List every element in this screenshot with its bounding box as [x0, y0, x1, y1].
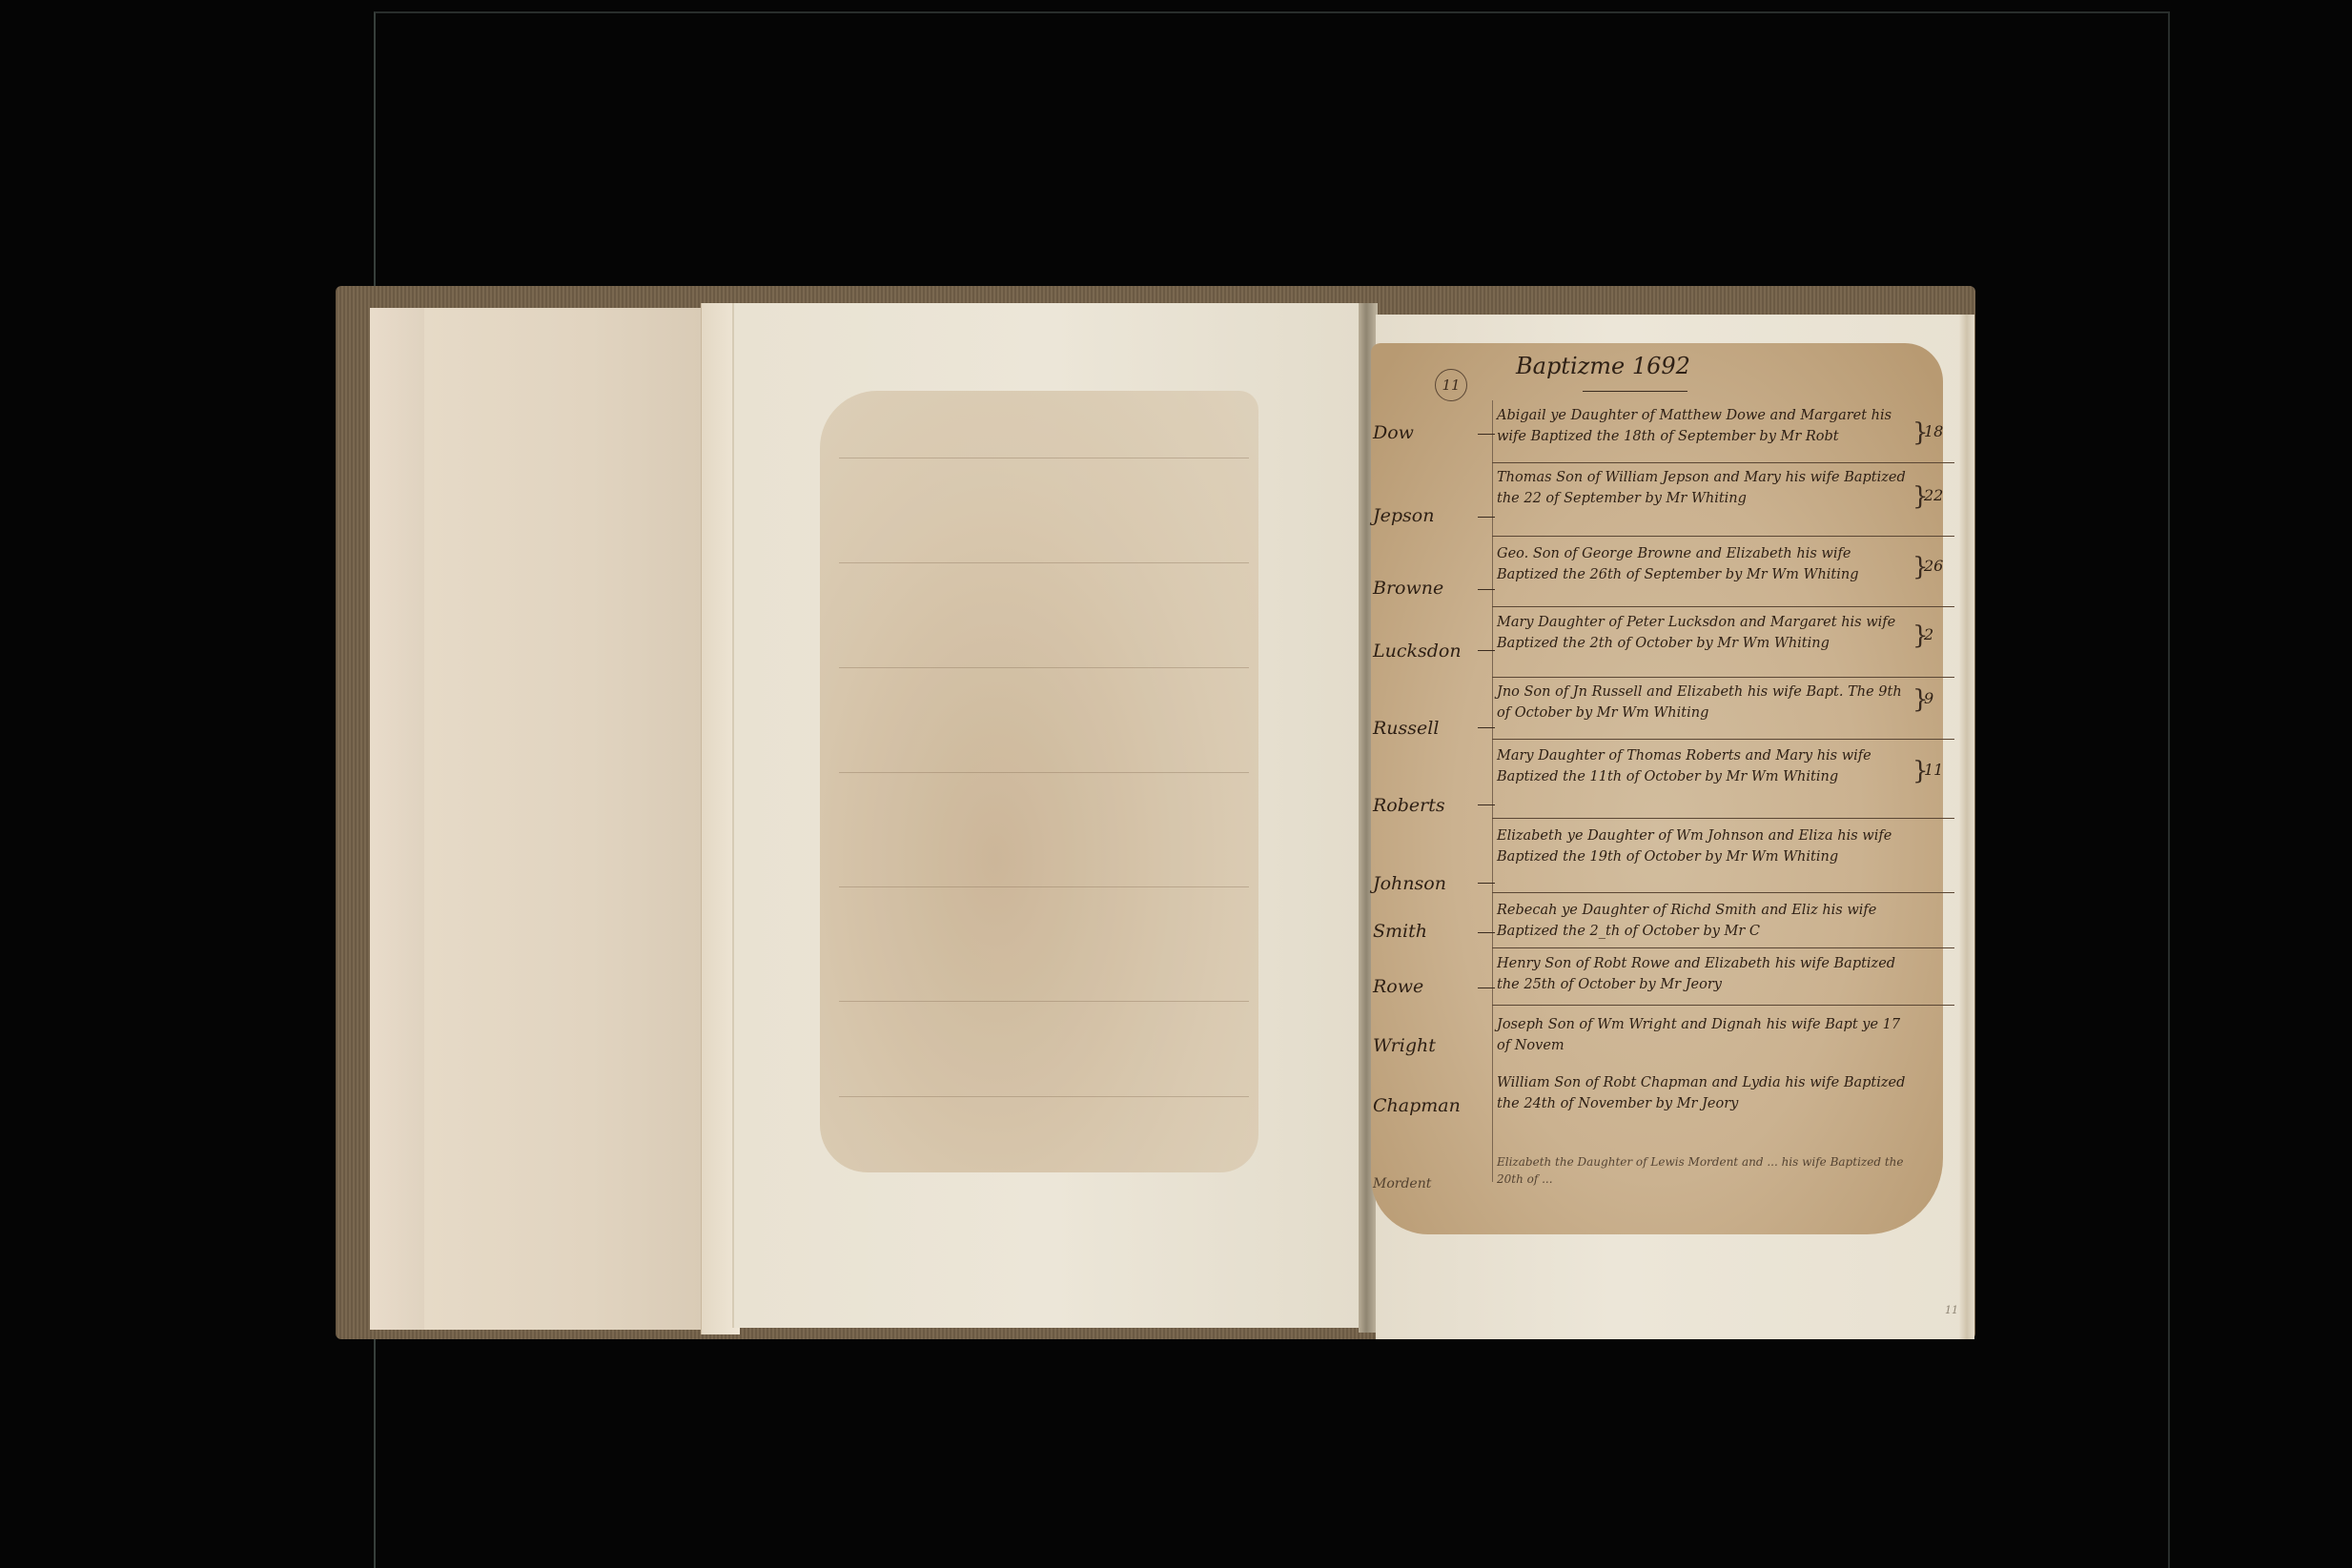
entry-surname: Chapman — [1373, 1095, 1487, 1116]
entry-day: 18 — [1924, 422, 1943, 440]
entry-text: Elizabeth ye Daughter of Wm Johnson and … — [1497, 825, 1916, 867]
entry-text: Rebecah ye Daughter of Richd Smith and E… — [1497, 900, 1916, 942]
entry-dash — [1478, 434, 1495, 435]
entry-text: William Son of Robt Chapman and Lydia hi… — [1497, 1072, 1916, 1114]
pencil-page-mark: 11 — [1945, 1304, 1958, 1316]
entry-text: Elizabeth the Daughter of Lewis Mordent … — [1497, 1153, 1916, 1188]
entry-surname: Browne — [1373, 578, 1487, 599]
register-title: Baptizme 1692 — [1516, 353, 1690, 379]
entry-surname: Russell — [1373, 718, 1487, 739]
entry-surname: Rowe — [1373, 976, 1487, 997]
entry-surname: Jepson — [1373, 505, 1487, 526]
entry-dash — [1478, 650, 1495, 651]
entry-dash — [1478, 517, 1495, 518]
entry-text: Mary Daughter of Thomas Roberts and Mary… — [1497, 745, 1916, 787]
title-underline — [1583, 391, 1687, 392]
entry-rule — [1492, 462, 1954, 463]
entry-day: 22 — [1924, 486, 1943, 504]
entry-surname: Mordent — [1373, 1176, 1487, 1191]
entry-text: Joseph Son of Wm Wright and Dignah his w… — [1497, 1014, 1916, 1056]
entry-dash — [1478, 589, 1495, 590]
entry-dash — [1478, 932, 1495, 933]
entry-surname: Roberts — [1373, 795, 1487, 816]
entry-rule — [1492, 606, 1954, 607]
entry-dash — [1478, 727, 1495, 728]
entry-surname: Johnson — [1373, 873, 1487, 894]
folio-number: 11 — [1435, 369, 1467, 401]
entry-text: Henry Son of Robt Rowe and Elizabeth his… — [1497, 953, 1916, 995]
entry-day: 2 — [1924, 625, 1933, 643]
entry-surname: Smith — [1373, 921, 1487, 942]
entry-surname: Wright — [1373, 1035, 1487, 1056]
left-flyleaf — [370, 308, 427, 1330]
entry-dash — [1478, 804, 1495, 805]
entry-surname: Lucksdon — [1373, 641, 1487, 662]
entry-surname: Dow — [1373, 422, 1487, 443]
entry-rule — [1492, 739, 1954, 740]
entry-rule — [1492, 536, 1954, 537]
middle-manuscript-fragment — [820, 391, 1258, 1172]
entry-text: Mary Daughter of Peter Lucksdon and Marg… — [1497, 612, 1916, 654]
entry-rule — [1492, 892, 1954, 893]
entry-text: Jno Son of Jn Russell and Elizabeth his … — [1497, 682, 1916, 723]
entry-rule — [1492, 677, 1954, 678]
entry-rule — [1492, 818, 1954, 819]
entry-text: Thomas Son of William Jepson and Mary hi… — [1497, 467, 1916, 509]
entry-rule — [1492, 947, 1954, 948]
entry-text: Geo. Son of George Browne and Elizabeth … — [1497, 543, 1916, 585]
entry-dash — [1478, 883, 1495, 884]
entry-text: Abigail ye Daughter of Matthew Dowe and … — [1497, 405, 1916, 447]
left-blank-page — [424, 308, 701, 1330]
entry-rule — [1492, 1005, 1954, 1006]
entry-dash — [1478, 988, 1495, 988]
page-fore-edge — [1959, 315, 1974, 1339]
entry-day: 9 — [1924, 689, 1933, 707]
entry-day: 26 — [1924, 557, 1943, 575]
entry-day: 11 — [1924, 761, 1943, 779]
margin-rule — [1492, 400, 1493, 1182]
